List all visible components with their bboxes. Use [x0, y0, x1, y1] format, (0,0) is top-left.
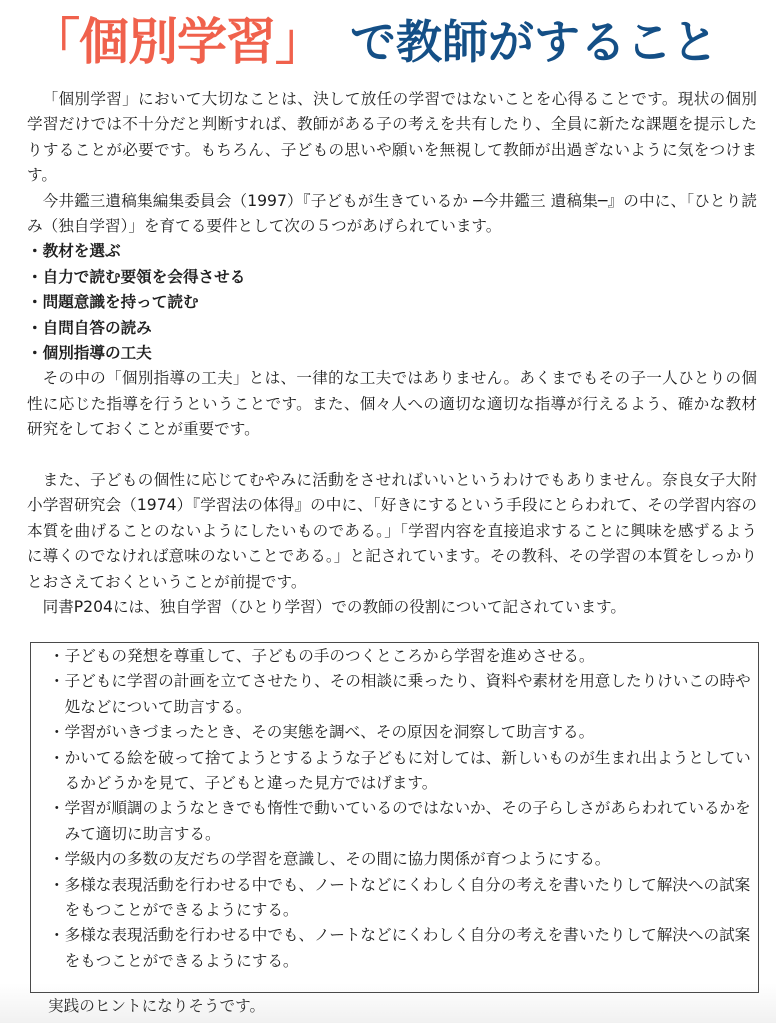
requirement-item: ・問題意識を持って読む — [27, 290, 757, 315]
requirements-list: ・教材を選ぶ ・自力で読む要領を会得させる ・問題意識を持って読む ・自問自答の… — [27, 239, 757, 366]
teacher-roles-list: ・子どもの発想を尊重して、子どもの手のつくところから学習を進めさせる。 ・子ども… — [49, 644, 755, 974]
individual-guidance-paragraph: その中の「個別指導の工夫」とは、一律的な工夫ではありません。あくまでもその子一人… — [27, 366, 757, 442]
page-title: 「個別学習」 で教師がすること — [30, 10, 718, 74]
article-body: 「個別学習」において大切なことは、決して放任の学習ではないことを心得ることです。… — [27, 87, 757, 621]
teacher-role-item: ・学級内の多数の友だちの学習を意識し、その間に協力関係が育つようにする。 — [49, 847, 755, 872]
teacher-role-item: ・多様な表現活動を行わせる中でも、ノートなどにくわしく自分の考えを書いたりして解… — [49, 923, 755, 974]
intro-paragraph: 「個別学習」において大切なことは、決して放任の学習ではないことを心得ることです。… — [27, 87, 757, 189]
requirement-item: ・教材を選ぶ — [27, 239, 757, 264]
title-main-text: で教師がすること — [350, 10, 718, 74]
teacher-role-item: ・多様な表現活動を行わせる中でも、ノートなどにくわしく自分の考えを書いたりして解… — [49, 873, 755, 924]
title-accent-text: 「個別学習」 — [30, 10, 324, 74]
teacher-role-item: ・子どもに学習の計画を立てさせたり、その相談に乗ったり、資料や素材を用意したりけ… — [49, 669, 755, 720]
footer-note: 実践のヒントになりそうです。 — [48, 994, 265, 1019]
book-reference-paragraph: 同書P204には、独自学習（ひとり学習）での教師の役割について記されています。 — [27, 595, 757, 620]
requirement-item: ・自力で読む要領を会得させる — [27, 265, 757, 290]
teacher-roles-box: ・子どもの発想を尊重して、子どもの手のつくところから学習を進めさせる。 ・子ども… — [30, 642, 759, 993]
nara-paragraph: また、子どもの個性に応じてむやみに活動をさせればいいというわけでもありません。奈… — [27, 468, 757, 595]
requirement-item: ・個別指導の工夫 — [27, 341, 757, 366]
citation-paragraph: 今井鑑三遺稿集編集委員会（1997）『子どもが生きているか ─今井鑑三 遺稿集─… — [27, 189, 757, 240]
teacher-role-item: ・学習が順調のようなときでも惰性で動いているのではないか、その子らしさがあらわれ… — [49, 796, 755, 847]
requirement-item: ・自問自答の読み — [27, 316, 757, 341]
paragraph-spacer — [27, 443, 757, 468]
teacher-role-item: ・学習がいきづまったとき、その実態を調べ、その原因を洞察して助言する。 — [49, 720, 755, 745]
teacher-role-item: ・子どもの発想を尊重して、子どもの手のつくところから学習を進めさせる。 — [49, 644, 755, 669]
teacher-role-item: ・かいてる絵を破って捨てようとするような子どもに対しては、新しいものが生まれ出よ… — [49, 746, 755, 797]
